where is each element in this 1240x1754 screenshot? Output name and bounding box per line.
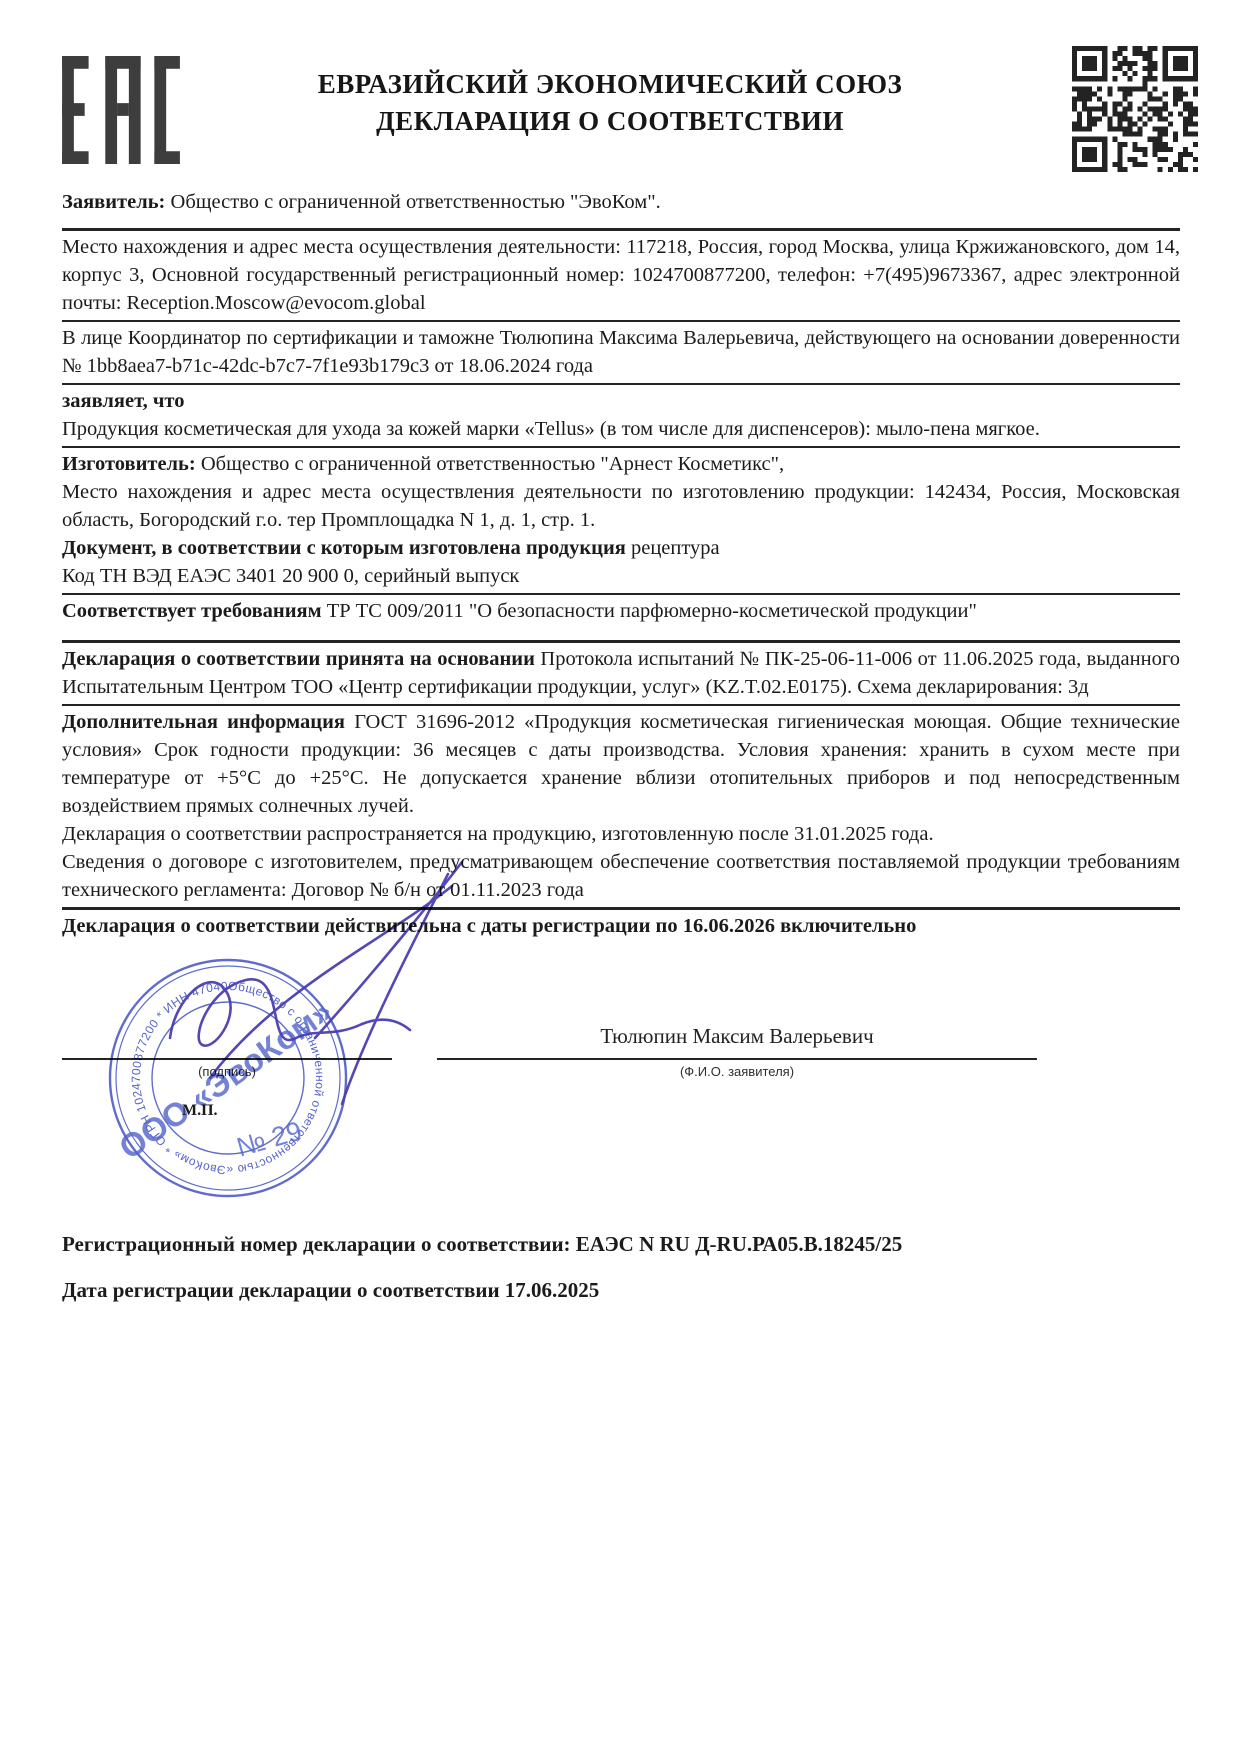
validity-statement: Декларация о соответствии действительна … xyxy=(62,910,1180,943)
applicant-label: Заявитель: xyxy=(62,191,165,213)
tnved-code: Код ТН ВЭД ЕАЭС 3401 20 900 0, серийный … xyxy=(62,562,1180,590)
compliance-section: Соответствует требованиям ТР ТС 009/2011… xyxy=(62,595,1180,643)
applicant-section: Заявитель: Общество с ограниченной ответ… xyxy=(62,186,1180,231)
compliance-value: ТР ТС 009/2011 "О безопасности парфюмерн… xyxy=(322,600,977,622)
applicant-fio: Тюлюпин Максим Валерьевич xyxy=(437,1024,1037,1049)
stamp-place-label: М.П. xyxy=(182,1102,218,1120)
representative-text: В лице Координатор по сертификации и там… xyxy=(62,327,1180,377)
manufacturer-address: Место нахождения и адрес места осуществл… xyxy=(62,478,1180,534)
signature-caption: (подпись) xyxy=(62,1064,392,1079)
declaration-document: ЕВРАЗИЙСКИЙ ЭКОНОМИЧЕСКИЙ СОЮЗ ДЕКЛАРАЦИ… xyxy=(0,0,1240,1754)
registration-date: Дата регистрации декларации о соответств… xyxy=(62,1278,1180,1303)
applicant-address-section: Место нахождения и адрес места осуществл… xyxy=(62,231,1180,322)
title-line-2: ДЕКЛАРАЦИЯ О СООТВЕТСТВИИ xyxy=(215,103,1005,140)
declaration-body: Заявитель: Общество с ограниченной ответ… xyxy=(62,186,1180,943)
document-title: ЕВРАЗИЙСКИЙ ЭКОНОМИЧЕСКИЙ СОЮЗ ДЕКЛАРАЦИ… xyxy=(215,66,1005,140)
applicant-value: Общество с ограниченной ответственностью… xyxy=(165,191,660,213)
declares-section: заявляет, что Продукция косметическая дл… xyxy=(62,385,1180,448)
basis-section: Декларация о соответствии принята на осн… xyxy=(62,643,1180,706)
additional-info-label: Дополнительная информация xyxy=(62,711,345,733)
signature-line xyxy=(62,1058,392,1060)
fio-caption: (Ф.И.О. заявителя) xyxy=(437,1064,1037,1079)
product-description: Продукция косметическая для ухода за кож… xyxy=(62,415,1180,443)
applicant-address: Место нахождения и адрес места осуществл… xyxy=(62,236,1180,314)
stamp-center-text: ООО «ЭвоКом» xyxy=(112,992,339,1166)
contract-statement: Сведения о договоре с изготовителем, пре… xyxy=(62,848,1180,904)
manufacturer-value: Общество с ограниченной ответственностью… xyxy=(196,453,784,475)
registration-number: Регистрационный номер декларации о соотв… xyxy=(62,1232,1180,1257)
qr-code xyxy=(1072,44,1198,174)
title-line-1: ЕВРАЗИЙСКИЙ ЭКОНОМИЧЕСКИЙ СОЮЗ xyxy=(215,66,1005,103)
fio-line xyxy=(437,1058,1037,1060)
manufacturer-label: Изготовитель: xyxy=(62,453,196,475)
declares-label: заявляет, что xyxy=(62,387,1180,415)
compliance-label: Соответствует требованиям xyxy=(62,600,322,622)
production-document-value: рецептура xyxy=(626,537,720,559)
eac-mark-icon xyxy=(62,56,180,164)
production-document-label: Документ, в соответствии с которым изгот… xyxy=(62,537,626,559)
additional-info-section: Дополнительная информация ГОСТ 31696-201… xyxy=(62,706,1180,910)
representative-section: В лице Координатор по сертификации и там… xyxy=(62,322,1180,385)
basis-label: Декларация о соответствии принята на осн… xyxy=(62,648,535,670)
spread-statement: Декларация о соответствии распространяет… xyxy=(62,820,1180,848)
manufacturer-section: Изготовитель: Общество с ограниченной от… xyxy=(62,448,1180,595)
stamp-number: № 29 xyxy=(233,1116,305,1163)
